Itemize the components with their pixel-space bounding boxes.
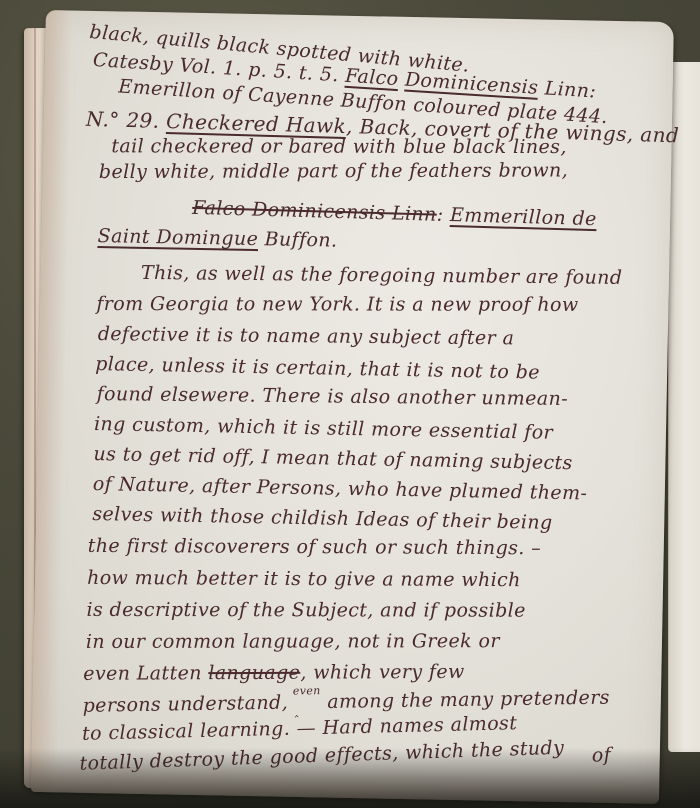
text-line: tail checkered or bared with blue black …: [111, 135, 566, 158]
text-line: of Nature, after Persons, who have plume…: [93, 473, 588, 504]
text-line: persons understand, ‸even among the many…: [82, 687, 610, 717]
interlinear-insertion: even: [293, 684, 321, 697]
text-line: how much better it is to give a name whi…: [87, 567, 521, 591]
text-line: in our common language, not in Greek or: [86, 630, 500, 653]
text-line: Falco Dominicensis Linn: Emmerillon de: [192, 197, 597, 230]
desk-shadow: [0, 748, 700, 808]
text-line: ing custom, which it is still more essen…: [94, 413, 553, 444]
text-line: the first discoverers of such or such th…: [88, 535, 541, 559]
text-line: This, as well as the foregoing number ar…: [141, 262, 623, 289]
text-line: defective it is to name any subject afte…: [98, 323, 515, 349]
text-line: even Latten language, which very few: [83, 661, 465, 685]
insertion-caret: ‸: [295, 703, 300, 717]
next-page-edge: [668, 62, 700, 752]
text-line: is descriptive of the Subject, and if po…: [86, 599, 525, 622]
underlined-genus: Falco: [345, 65, 400, 90]
text-line: from Georgia to new York. It is a new pr…: [96, 293, 578, 316]
text-line: Saint Domingue Buffon.: [97, 225, 337, 252]
text-line: selves with those childish Ideas of thei…: [92, 503, 553, 534]
struck-text: language: [208, 662, 300, 684]
text-line: place, unless it is certain, that it is …: [95, 353, 540, 384]
species-heading: Checkered Hawk: [166, 109, 347, 138]
handwritten-text: black, quills black spotted with white. …: [31, 10, 674, 804]
text-line: found elsewere. There is also another un…: [97, 383, 569, 410]
struck-text: Falco Dominicensis Linn: [192, 197, 437, 226]
manuscript-page: black, quills black spotted with white. …: [31, 10, 674, 804]
text-line: us to get rid off, I mean that of naming…: [93, 443, 573, 474]
text-line: belly white, middle part of the feathers…: [99, 159, 568, 183]
